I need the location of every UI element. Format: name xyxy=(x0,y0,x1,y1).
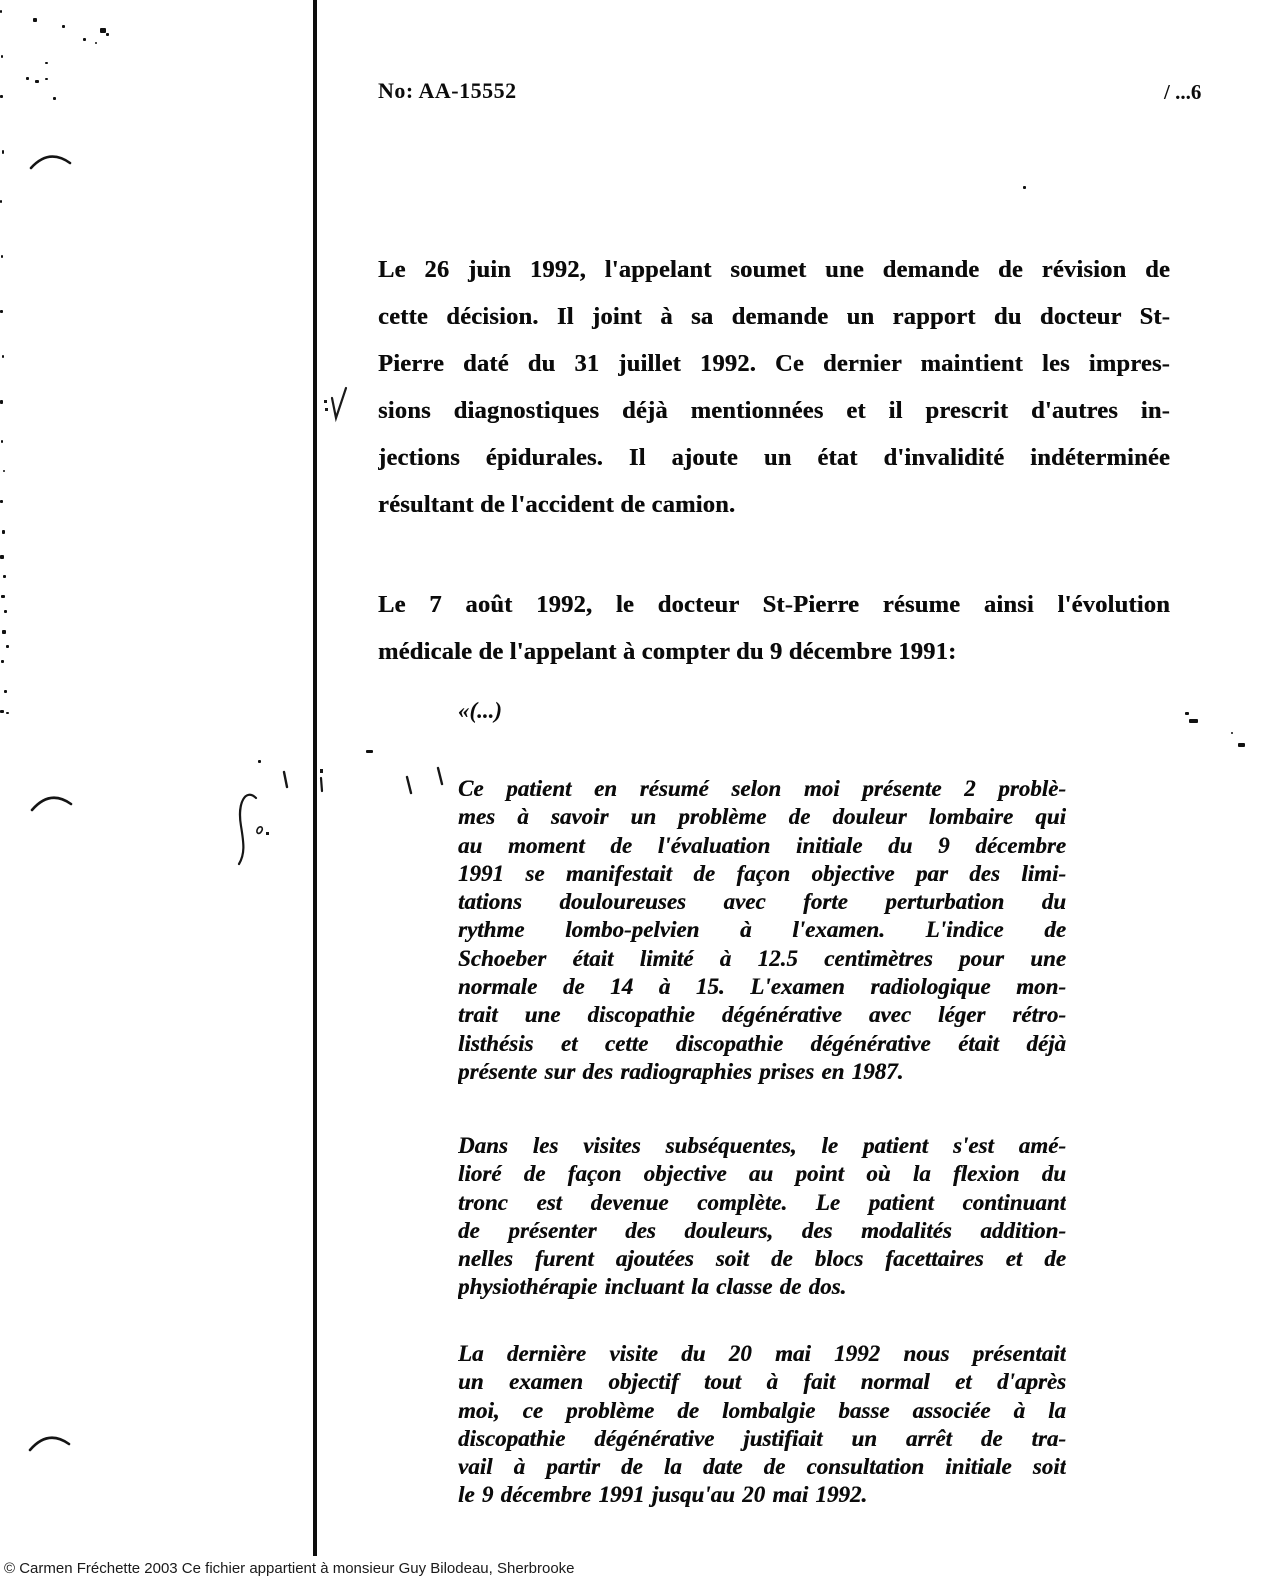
text-line: de présenter des douleurs, des modalités… xyxy=(458,1217,1066,1245)
scan-speckle xyxy=(1185,712,1189,715)
scan-speckle xyxy=(83,38,86,41)
scan-speckle xyxy=(0,500,3,503)
scan-speckle xyxy=(1,440,3,443)
pen-tick-mark-1 xyxy=(281,770,291,790)
text-line: physiothérapie incluant la classe de dos… xyxy=(458,1273,1066,1301)
quote-block-subsequent-visits: Dans les visites subséquentes, le patien… xyxy=(458,1132,1066,1302)
scan-speckle xyxy=(45,62,48,64)
scan-speckle xyxy=(0,310,3,313)
text-line: Le 7 août 1992, le docteur St-Pierre rés… xyxy=(378,581,1170,628)
scan-speckle xyxy=(3,470,5,472)
scan-speckle xyxy=(2,150,4,154)
quote-block-last-visit: La dernière visite du 20 mai 1992 nous p… xyxy=(458,1340,1066,1510)
text-line: médicale de l'appelant à compter du 9 dé… xyxy=(378,628,1170,675)
scan-speckle xyxy=(1,595,5,598)
text-line: Dans les visites subséquentes, le patien… xyxy=(458,1132,1066,1160)
scan-speckle xyxy=(258,760,261,763)
text-line: discopathie dégénérative justifiait un a… xyxy=(458,1425,1066,1453)
scan-speckle xyxy=(0,710,4,713)
scan-speckle xyxy=(1,255,3,258)
scan-speckle xyxy=(0,200,2,203)
scan-speckle xyxy=(2,355,4,358)
scan-speckle xyxy=(366,750,373,753)
scan-speckle xyxy=(26,77,29,80)
scan-speckle xyxy=(106,33,109,36)
pen-tick-mark-4 xyxy=(434,766,446,788)
scan-speckle xyxy=(1231,732,1233,734)
scanned-document-page: No: AA-15552 / ...6 Le 26 juin 1992, l'a… xyxy=(0,0,1271,1580)
scan-speckle xyxy=(2,630,6,634)
text-line: tronc est devenue complète. Le patient c… xyxy=(458,1189,1066,1217)
scan-speckle xyxy=(0,555,4,559)
quote-block-initial-evaluation: Ce patient en résumé selon moi présente … xyxy=(458,775,1066,1086)
scan-speckle xyxy=(33,18,37,22)
text-line: cette décision. Il joint à sa demande un… xyxy=(378,293,1170,340)
text-line: vail à partir de la date de consultation… xyxy=(458,1453,1066,1481)
margin-arc-mark-middle xyxy=(28,786,74,814)
scan-speckle xyxy=(4,690,7,693)
margin-arc-mark-top xyxy=(28,146,74,172)
text-line: trait une discopathie dégénérative avec … xyxy=(458,1001,1066,1029)
text-line: nelles furent ajoutées soit de blocs fac… xyxy=(458,1245,1066,1273)
scan-speckle xyxy=(45,78,48,80)
page-marker: / ...6 xyxy=(1164,80,1201,105)
text-line: un examen objectif tout à fait normal et… xyxy=(458,1368,1066,1396)
copyright-footer: © Carmen Fréchette 2003 Ce fichier appar… xyxy=(4,1560,575,1577)
scan-speckle xyxy=(53,97,56,100)
scan-speckle xyxy=(6,645,9,648)
text-line: au moment de l'évaluation initiale du 9 … xyxy=(458,832,1066,860)
scan-speckle xyxy=(6,712,9,714)
text-line: rythme lombo-pelvien à l'examen. L'indic… xyxy=(458,916,1066,944)
scan-speckle xyxy=(62,25,65,28)
scan-speckle xyxy=(1023,186,1026,189)
pen-tick-mark-2 xyxy=(317,768,327,794)
text-line: 1991 se manifestait de façon objective p… xyxy=(458,860,1066,888)
text-line: lioré de façon objective au point où la … xyxy=(458,1160,1066,1188)
text-line: normale de 14 à 15. L'examen radiologiqu… xyxy=(458,973,1066,1001)
scan-speckle xyxy=(1,660,4,663)
text-line: Le 26 juin 1992, l'appelant soumet une d… xyxy=(378,246,1170,293)
text-line: résultant de l'accident de camion. xyxy=(378,481,1170,528)
text-line: La dernière visite du 20 mai 1992 nous p… xyxy=(458,1340,1066,1368)
text-line: tations douloureuses avec forte perturba… xyxy=(458,888,1066,916)
scan-speckle xyxy=(1238,743,1245,747)
quote-open-marker: «(...) xyxy=(458,698,502,724)
text-line: Ce patient en résumé selon moi présente … xyxy=(458,775,1066,803)
scan-speckle xyxy=(3,575,6,578)
scan-speckle xyxy=(1189,719,1198,723)
text-line: Pierre daté du 31 juillet 1992. Ce derni… xyxy=(378,340,1170,387)
scan-speckle xyxy=(0,95,3,98)
scan-speckle xyxy=(4,610,7,613)
scan-speckle xyxy=(35,80,39,83)
text-line: sions diagnostiques déjà mentionnées et … xyxy=(378,387,1170,434)
doc-number: No: AA-15552 xyxy=(378,78,517,104)
paragraph-doctor-summary-intro: Le 7 août 1992, le docteur St-Pierre rés… xyxy=(378,581,1170,675)
handwritten-check-mark xyxy=(322,384,350,424)
text-line: présente sur des radiographies prises en… xyxy=(458,1058,1066,1086)
pen-tick-mark-3 xyxy=(403,775,415,797)
scan-speckle xyxy=(2,530,5,534)
scan-speckle xyxy=(0,400,3,404)
text-line: le 9 décembre 1991 jusqu'au 20 mai 1992. xyxy=(458,1481,1066,1509)
text-line: Schoeber était limité à 12.5 centimètres… xyxy=(458,945,1066,973)
text-line: mes à savoir un problème de douleur lomb… xyxy=(458,803,1066,831)
scan-speckle xyxy=(95,42,97,44)
text-line: listhésis et cette discopathie dégénérat… xyxy=(458,1030,1066,1058)
paragraph-revision-request: Le 26 juin 1992, l'appelant soumet une d… xyxy=(378,246,1170,528)
scan-speckle xyxy=(100,28,106,33)
margin-arc-mark-bottom xyxy=(26,1426,72,1454)
scan-speckle xyxy=(1,55,3,58)
handwritten-hook-mark xyxy=(234,790,274,868)
scan-speckle xyxy=(0,10,2,13)
text-line: moi, ce problème de lombalgie basse asso… xyxy=(458,1397,1066,1425)
text-line: jections épidurales. Il ajoute un état d… xyxy=(378,434,1170,481)
